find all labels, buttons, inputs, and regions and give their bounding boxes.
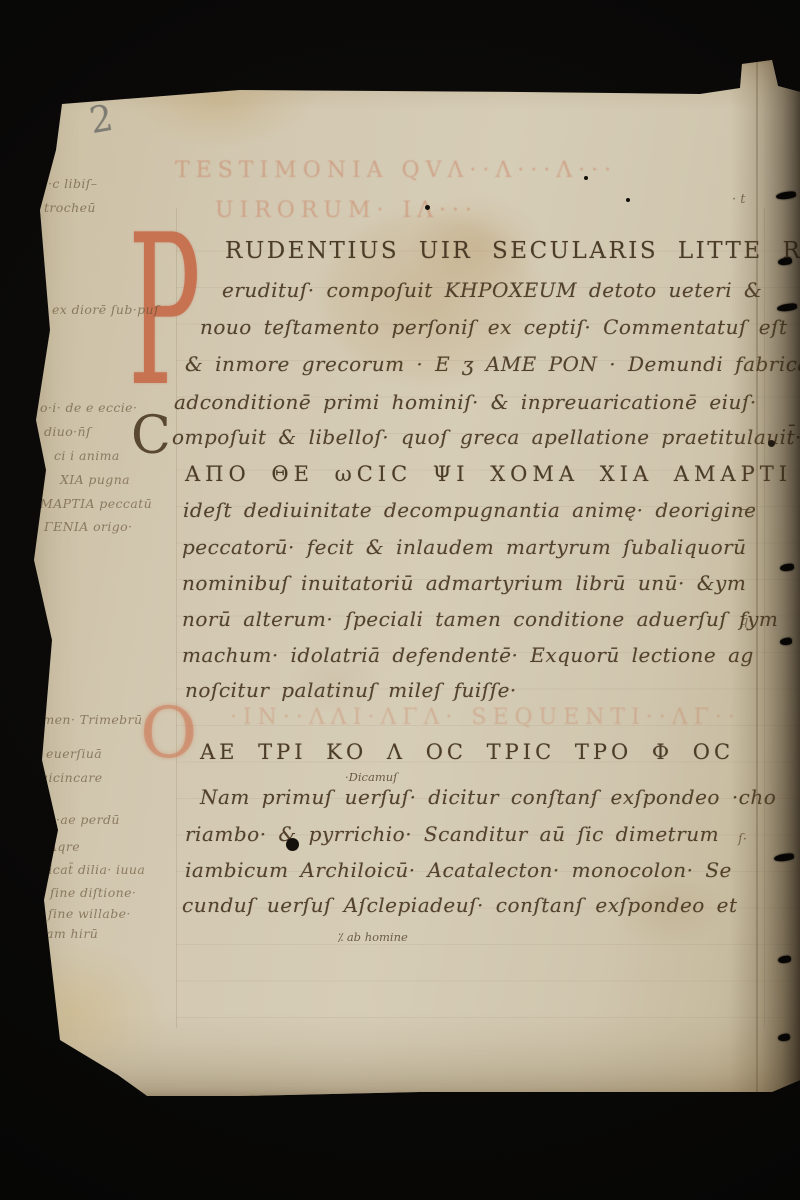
margin-note: o·i· de e eccie· [40,400,137,415]
greek-line: ΑΠΟ ΘΕ ωCIC ΨΙ ΧΟΜΑ ΧΙΑ ΑΜΑΡΤΙ ΓΕΝΙΑ· [185,462,800,486]
manuscript-photo: { "meta": { "description": "Photograph o… [0,0,800,1200]
initial-o: O [140,698,197,768]
ink-speck [584,176,588,180]
margin-note: ſine willabe· [48,906,131,921]
margin-note: euerſiuā [46,746,102,761]
margin-note: am hirū [46,926,98,941]
binding-gutter-shadow [730,58,800,1096]
margin-note: ΓΕΝΙΑ origo· [44,519,132,534]
top-rubric-line-1: TESTIMONIA QVΛ··Λ···Λ··· [175,158,617,183]
photo-background: 2 TESTIMONIA QVΛ··Λ···Λ··· UIRORUM· IΛ··… [0,0,800,1200]
text-line: noſcitur palatinuſ mileſ fuiſſe· [185,678,517,702]
text-line: machum· idolatriā defendentē· Exquorū le… [182,643,754,667]
ink-blot [286,838,299,851]
text-line: ompoſuit & libelloſ· quoſ greca apellati… [172,425,800,449]
margin-note: trocheū [44,200,96,215]
text-line: iambicum Archiloicū· Acatalecton· monoco… [185,858,732,882]
pencil-folio-number: 2 [87,98,117,142]
interlinear-gloss: ·Dicamuſ [345,770,397,784]
margin-note: ·ae perdū [56,812,120,827]
bottom-gloss: ⁒ ab homine [338,930,408,944]
text-line: riambo· & pyrrichio· Scanditur aū ſic di… [185,822,719,846]
margin-note: uicincare [40,770,103,785]
margin-note: ΜΑΡΤΙΑ peccatū [40,496,152,511]
text-line: erudituſ· compoſuit ΚΗΡΟΧΕUΜ detoto uete… [222,278,762,302]
greek-line: ΑΕ ΤΡΙ ΚΟ Λ ΟC ΤΡΙC ΤΡΟ Φ ΟC [200,740,734,764]
ink-speck [425,205,430,210]
rustic-capitals-line: RUDENTIUS UIR SECULARIS LITTE RATURAE [225,238,800,264]
margin-note: ſine diſtione· [50,885,136,900]
text-line: peccatorū· fecit & inlaudem martyrum ſub… [182,535,747,559]
margin-note: diuo·n̄ſ [44,424,91,439]
text-line: nouo teſtamento perſoniſ ex ceptiſ· Comm… [200,315,788,339]
top-rubric-line-2: UIRORUM· IΛ··· [215,198,478,223]
margin-note: ·men· Trimebrū [38,712,142,727]
text-line: norū alterum· ſpeciali tamen conditione … [182,607,778,631]
margin-note: ·c libiſ– [48,176,97,191]
margin-note: Aqre [48,839,80,854]
faded-rubric: ·IN··ΛΛΙ·ΛΓΛ· SEQUENTI··ΛΓ·· [230,705,741,730]
margin-note: ΧΙΑ pugna [60,472,130,487]
text-line: nominibuſ inuitatoriū admartyrium librū … [182,571,746,595]
text-line: Nam primuſ uerſuſ· dicitur conſtanſ exſp… [200,785,776,809]
margin-note: ex diorē ſub·puſ [52,302,159,317]
margin-note: ci i anima [54,448,120,463]
text-line: cunduſ uerſuſ Aſclepiadeuſ· conſtanſ exſ… [182,893,738,917]
ink-speck [626,198,630,202]
text-line: adconditionē primi hominiſ· & inpreuaric… [174,390,757,414]
gutter-crease [756,58,758,1096]
margin-note: dicat̄ dilia· iuua [40,862,145,877]
text-line: ideſt dediuinitate decompugnantia animę·… [183,498,756,522]
text-line: & inmore grecorum · Ε ʒ ΑΜΕ ΡΟΝ · Demund… [185,352,800,376]
initial-c: C [131,410,171,462]
parchment-page: 2 TESTIMONIA QVΛ··Λ···Λ··· UIRORUM· IΛ··… [28,58,800,1096]
